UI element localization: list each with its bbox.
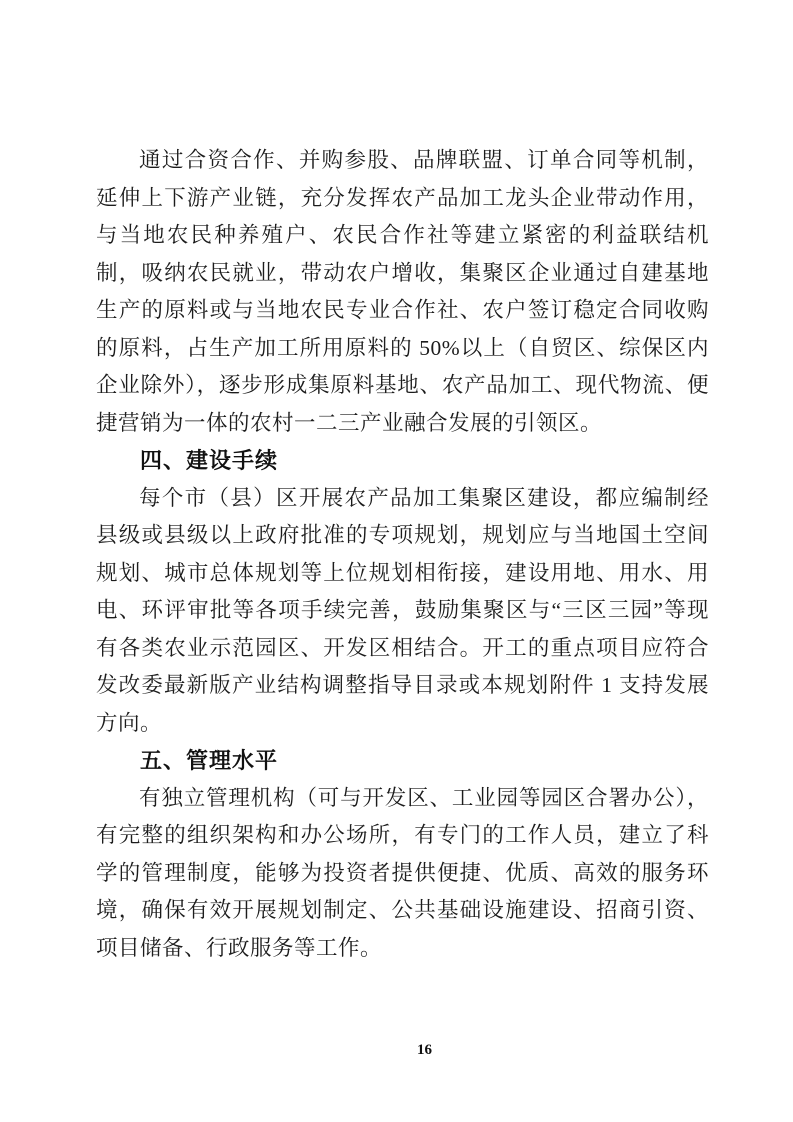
heading-construction-procedures: 四、建设手续 [96, 442, 709, 480]
paragraph-benefit-linkage-mechanism: 通过合资合作、并购参股、品牌联盟、订单合同等机制，延伸上下游产业链，充分发挥农产… [96, 142, 709, 442]
paragraph-construction-procedures: 每个市（县）区开展农产品加工集聚区建设，都应编制经县级或县级以上政府批准的专项规… [96, 480, 709, 743]
page-footer: 16 [0, 1041, 793, 1059]
document-page: 通过合资合作、并购参股、品牌联盟、订单合同等机制，延伸上下游产业链，充分发挥农产… [0, 0, 793, 1122]
document-text-block: 通过合资合作、并购参股、品牌联盟、订单合同等机制，延伸上下游产业链，充分发挥农产… [96, 142, 709, 967]
heading-management-level: 五、管理水平 [96, 742, 709, 780]
paragraph-management-level: 有独立管理机构（可与开发区、工业园等园区合署办公），有完整的组织架构和办公场所，… [96, 780, 709, 968]
page-number: 16 [417, 1042, 432, 1059]
